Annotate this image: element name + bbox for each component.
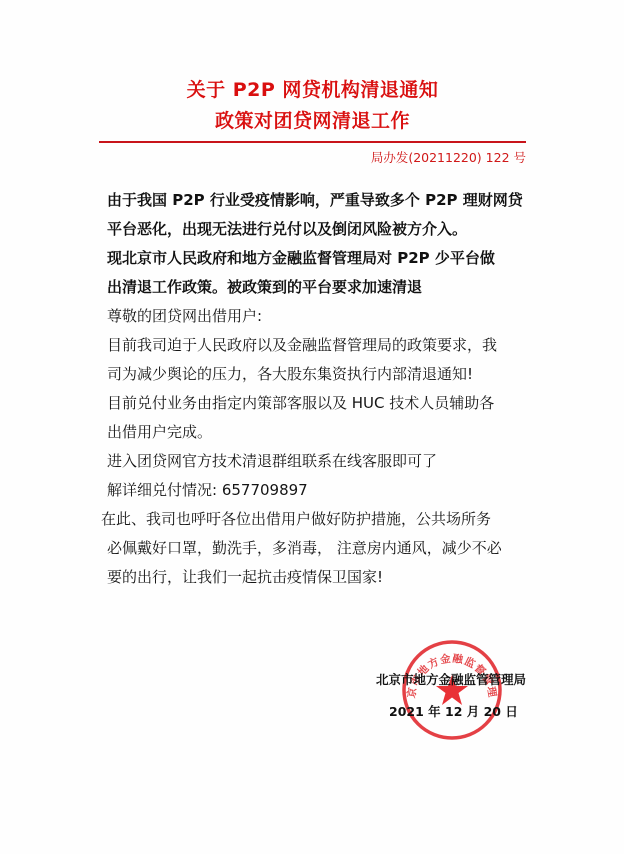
document-page: 关于 P2P 网贷机构清退通知 政策对团贷网清退工作 局办发(20211220)… [0,0,624,854]
signature-date: 2021 年 12 月 20 日 [389,704,518,720]
document-title-line1: 关于 P2P 网贷机构清退通知 [99,78,526,102]
body-line: 目前我司迫于人民政府以及金融监督管理局的政策要求，我 [107,335,497,355]
body-line: 司为减少舆论的压力，各大股东集资执行内部清退通知! [107,364,473,384]
body-line: 必佩戴好口罩，勤洗手，多消毒， 注意房内通风，减少不必 [107,538,502,558]
body-line: 由于我国 P2P 行业受疫情影响，严重导致多个 P2P 理财网贷 [107,190,523,210]
official-seal-icon: 北京市地方金融监督管理局 [401,639,503,741]
body-line: 出借用户完成。 [107,422,212,442]
body-line: 进入团贷网官方技术清退群组联系在线客服即可了 [107,451,437,471]
signature-organization: 北京市地方金融监管管理局 [376,672,526,688]
body-line: 出清退工作政策。被政策到的平台要求加速清退 [107,277,422,297]
greeting-line: 尊敬的团贷网出借用户: [107,306,262,326]
body-line: 要的出行，让我们一起抗击疫情保卫国家! [107,567,383,587]
body-line: 平台恶化，出现无法进行兑付以及倒闭风险被方介入。 [107,219,467,239]
body-line: 目前兑付业务由指定内策部客服以及 HUC 技术人员辅助各 [107,393,494,413]
body-line: 现北京市人民政府和地方金融监督管理局对 P2P 少平台做 [107,248,495,268]
contact-line: 解详细兑付情况: 657709897 [107,480,308,500]
red-header-divider [99,141,526,143]
body-line: 在此、我司也呼吁各位出借用户做好防护措施，公共场所务 [101,509,491,529]
document-title-line2: 政策对团贷网清退工作 [99,109,526,133]
reference-number: 局办发(20211220) 122 号 [371,150,526,166]
